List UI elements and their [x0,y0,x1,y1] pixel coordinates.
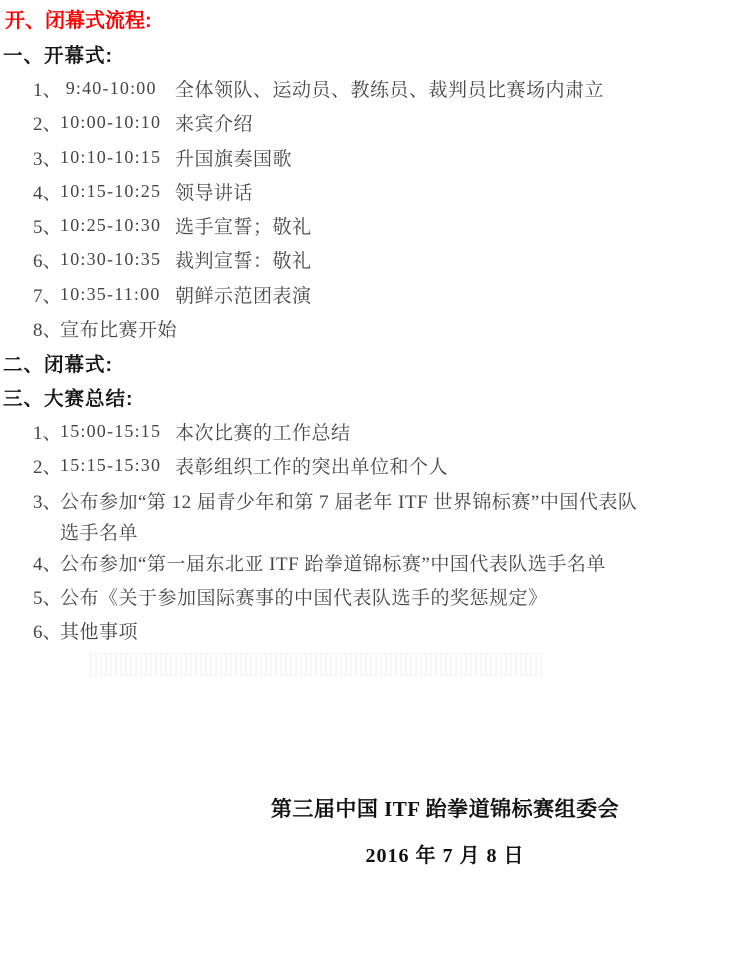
item-text: 公布《关于参加国际赛事的中国代表队选手的奖惩规定》 [60,583,548,610]
item-text: 朝鲜示范团表演 [175,281,312,308]
schedule-item-continuation: 选手名单 [33,517,729,545]
item-text: 升国旗奏国歌 [175,144,292,171]
item-text: 公布参加“第一届东北亚 ITF 跆拳道锦标赛”中国代表队选手名单 [60,549,606,576]
item-number: 3、 [33,487,60,514]
schedule-item: 3、 公布参加“第 12 届青少年和第 7 届老年 ITF 世界锦标赛”中国代表… [33,483,729,517]
schedule-item: 5、 公布《关于参加国际赛事的中国代表队选手的奖惩规定》 [33,579,729,613]
item-time: 15:15-15:30 [60,455,175,476]
item-text: 本次比赛的工作总结 [175,418,351,445]
section-heading-closing-ceremony: 二、闭幕式: [3,346,729,380]
schedule-item: 2、 15:15-15:30 表彰组织工作的突出单位和个人 [33,449,729,483]
item-number: 1、 [33,418,60,445]
item-time: 9:40-10:00 [60,78,175,99]
item-number: 6、 [33,246,60,273]
item-number: 7、 [33,281,60,308]
schedule-item: 5、 10:25-10:30 选手宣誓；敬礼 [33,208,729,242]
schedule-item: 1、 15:00-15:15 本次比赛的工作总结 [33,414,729,448]
item-number: 2、 [33,109,60,136]
document-title: 开、闭幕式流程: [5,0,729,37]
schedule-item: 1、 9:40-10:00 全体领队、运动员、教练员、裁判员比赛场内肃立 [33,71,729,105]
item-text: 其他事项 [60,617,138,644]
schedule-item: 7、 10:35-11:00 朝鲜示范团表演 [33,277,729,311]
item-number: 1、 [33,75,60,102]
item-number: 2、 [33,452,60,479]
item-number: 5、 [33,212,60,239]
item-text: 裁判宣誓：敬礼 [175,246,312,273]
item-number: 4、 [33,178,60,205]
item-time: 10:30-10:35 [60,249,175,270]
item-text: 领导讲话 [175,178,253,205]
item-number: 8、 [33,315,60,342]
item-text: 选手宣誓；敬礼 [175,212,312,239]
schedule-item: 4、 公布参加“第一届东北亚 ITF 跆拳道锦标赛”中国代表队选手名单 [33,545,729,579]
item-time: 10:10-10:15 [60,147,175,168]
item-time: 10:35-11:00 [60,284,175,305]
signature-block: 第三届中国 ITF 跆拳道锦标赛组委会 2016 年 7 月 8 日 [161,793,729,868]
schedule-item: 6、 其他事项 [33,614,729,648]
item-text: 宣布比赛开始 [60,315,177,342]
schedule-item: 8、 宣布比赛开始 [33,311,729,345]
item-text: 全体领队、运动员、教练员、裁判员比赛场内肃立 [175,75,604,102]
item-time: 10:00-10:10 [60,112,175,133]
section-heading-summary: 三、大赛总结: [3,380,729,414]
item-number: 5、 [33,583,60,610]
item-time: 10:15-10:25 [60,181,175,202]
document-page: 开、闭幕式流程: 一、开幕式: 1、 9:40-10:00 全体领队、运动员、教… [0,0,729,960]
item-time: 10:25-10:30 [60,215,175,236]
erased-text-watermark-band [90,653,545,676]
item-text: 公布参加“第 12 届青少年和第 7 届老年 ITF 世界锦标赛”中国代表队 [60,487,637,514]
item-text: 表彰组织工作的突出单位和个人 [175,452,448,479]
item-time: 15:00-15:15 [60,421,175,442]
section-heading-opening-ceremony: 一、开幕式: [3,37,729,71]
signature-committee: 第三届中国 ITF 跆拳道锦标赛组委会 [161,793,729,823]
schedule-item: 4、 10:15-10:25 领导讲话 [33,174,729,208]
item-number: 3、 [33,144,60,171]
schedule-item: 6、 10:30-10:35 裁判宣誓：敬礼 [33,243,729,277]
item-text: 来宾介绍 [175,109,253,136]
item-number: 6、 [33,617,60,644]
signature-date: 2016 年 7 月 8 日 [161,839,729,868]
schedule-item: 3、 10:10-10:15 升国旗奏国歌 [33,140,729,174]
schedule-item: 2、 10:00-10:10 来宾介绍 [33,106,729,140]
item-number: 4、 [33,549,60,576]
item-text-continued: 选手名单 [60,518,138,545]
